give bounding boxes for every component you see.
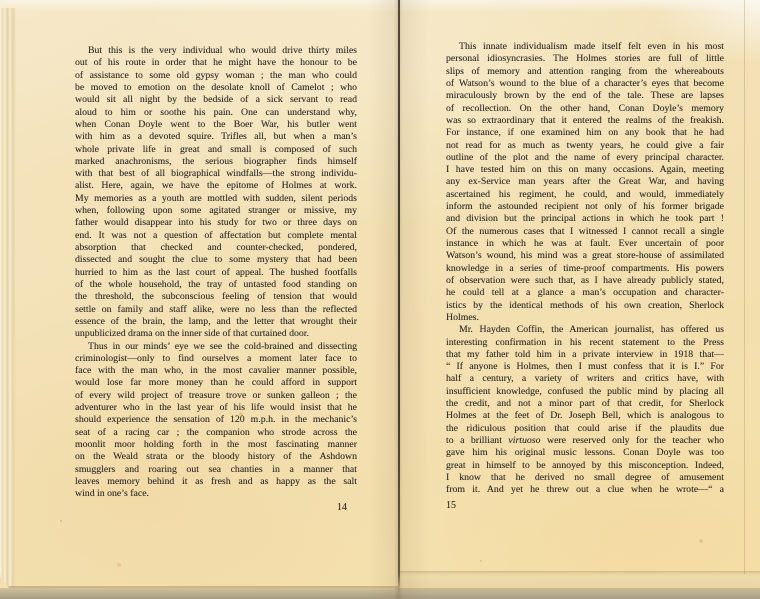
text-line: Thus in our minds’ eye we see the cold-b… [75, 341, 357, 353]
text-line: moonlit moor holding forth in the most f… [75, 439, 357, 451]
right-page-text: This innate individualism made itself fe… [446, 41, 724, 501]
right-page-number: 15 [446, 500, 506, 511]
text-line: the ridiculous position that could arise… [446, 423, 724, 435]
text-line: with him as a devoted squire. Trifles al… [75, 131, 357, 143]
paragraph: Mr. Hayden Coffin, the American journali… [446, 324, 724, 496]
text-line: settle on family and staff alike, were n… [75, 304, 357, 316]
book-scan: But this is the very individual who woul… [0, 0, 760, 599]
left-page-number: 14 [75, 502, 347, 513]
text-line: Holmes at the feet of Dr. Joseph Bell, w… [446, 410, 724, 422]
text-line: when Conan Doyle went to the Boer War, h… [75, 119, 357, 131]
text-line: personal idiosyncrasies. The Holmes stor… [446, 53, 724, 65]
text-line: would lose far more money than he could … [75, 377, 357, 389]
text-line: Of the numerous cases that I witnessed I… [446, 226, 724, 238]
text-line: absorption that checked and counter-chec… [75, 242, 357, 254]
text-line: seat of a racing car ; the companion who… [75, 427, 357, 439]
text-line: the threshold, the subconscious feeling … [75, 291, 357, 303]
paragraph: Thus in our minds’ eye we see the cold-b… [75, 341, 357, 501]
right-page-crease [744, 0, 745, 575]
text-line: dissected and sought the clue to some my… [75, 254, 357, 266]
text-line: when, following upon some agitated stran… [75, 205, 357, 217]
text-line: adventurer who in the last year of his l… [75, 402, 357, 414]
text-line: great in himself to be annoyed by this m… [446, 460, 724, 472]
text-line: from it. And yet he threw out a clue whe… [446, 484, 724, 496]
text-line: miraculously brown by the end of the tal… [446, 90, 724, 102]
text-line: wind in one’s face. [75, 488, 357, 500]
text-line: that my father told him in a private int… [446, 349, 724, 361]
text-line: out of his route in order that he might … [75, 57, 357, 69]
text-line: of every wild project of treasure trove … [75, 390, 357, 402]
text-line: unpublicized drama on the inner side of … [75, 328, 357, 340]
text-line: aloud to him or soothe his pain. One can… [75, 107, 357, 119]
text-line: father would disappear into his study fo… [75, 217, 357, 229]
text-line: should experience the sensation of 120 m… [75, 414, 357, 426]
left-page-edge-stack [0, 8, 16, 588]
text-line: alist. Here, again, we have the epitome … [75, 180, 357, 192]
text-line: half a century, a variety of writers and… [446, 373, 724, 385]
text-line: I have tested him on this on many occasi… [446, 164, 724, 176]
text-line: slips of memory and attention ranging fr… [446, 66, 724, 78]
text-line: My memories as a youth are mottled with … [75, 193, 357, 205]
text-line: would sit all night by the bedside of a … [75, 94, 357, 106]
text-line: of Watson’s wound to the blue of a chara… [446, 78, 724, 90]
text-line: marked anachronisms, the serious biograp… [75, 156, 357, 168]
text-line: instance in which he was at fault. Ever … [446, 238, 724, 250]
paragraph: But this is the very individual who woul… [75, 45, 357, 341]
text-line: essence of the brain, the lamp, and the … [75, 316, 357, 328]
text-line: outline of the plot and the name of ever… [446, 152, 724, 164]
text-line: istics by the identical methods of his o… [446, 300, 724, 312]
text-line: of observation were such that, as I have… [446, 275, 724, 287]
text-line: on the Weald strata or the bloody histor… [75, 451, 357, 463]
text-line: Watson’s wound, his mind was a great sto… [446, 250, 724, 262]
text-line: he could tell at a glance a man’s occupa… [446, 287, 724, 299]
text-line: inform the astounded recipient not only … [446, 201, 724, 213]
text-line: smugglers and roaring out sea chanties i… [75, 464, 357, 476]
left-page-text: But this is the very individual who woul… [75, 45, 357, 505]
text-line: was so extraordinary that it entered the… [446, 115, 724, 127]
text-line: the credit, and not a minor part of that… [446, 398, 724, 410]
text-line: of recollection. On the other hand, Cona… [446, 103, 724, 115]
text-line: Holmes. [446, 312, 724, 324]
text-line: For instance, if one examined him on any… [446, 127, 724, 139]
text-line: knowledge in a series of time-proof comp… [446, 263, 724, 275]
text-line: gave him his original music lessons. Con… [446, 447, 724, 459]
gutter-line [398, 0, 400, 592]
text-line: of the whole household, the tray of unta… [75, 279, 357, 291]
text-line: whole private life in great and small is… [75, 144, 357, 156]
text-line: be moved to emotion on the desolate knol… [75, 82, 357, 94]
text-line: “ If anyone is Holmes, then I must confe… [446, 361, 724, 373]
text-line: leaves memory behind it as fresh and as … [75, 476, 357, 488]
text-line: hurried to him as the last court of appe… [75, 267, 357, 279]
text-line: interesting confirmation in his recent s… [446, 337, 724, 349]
text-line: criminologist—only to find ourselves a m… [75, 353, 357, 365]
text-line: Mr. Hayden Coffin, the American journali… [446, 324, 724, 336]
text-line: and division but the principal actions i… [446, 213, 724, 225]
text-line: of assistance to some old gypsy woman ; … [75, 70, 357, 82]
text-line: I know that he derived no small degree o… [446, 472, 724, 484]
text-line: This innate individualism made itself fe… [446, 41, 724, 53]
text-line: But this is the very individual who woul… [75, 45, 357, 57]
text-line: not read for as much as twenty years, he… [446, 140, 724, 152]
text-line: any ex-Service man years after the Great… [446, 176, 724, 188]
text-line: ascertained his regiment, he could, and … [446, 189, 724, 201]
paragraph: This innate individualism made itself fe… [446, 41, 724, 324]
text-line: insufficient knowledge, confused the pub… [446, 386, 724, 398]
text-line: end. It was not a question of affectatio… [75, 230, 357, 242]
text-line: to a brilliant virtuoso were reserved on… [446, 435, 724, 447]
text-line: face with the man who, in the most caval… [75, 365, 357, 377]
text-line: with that best of all biographical windf… [75, 168, 357, 180]
